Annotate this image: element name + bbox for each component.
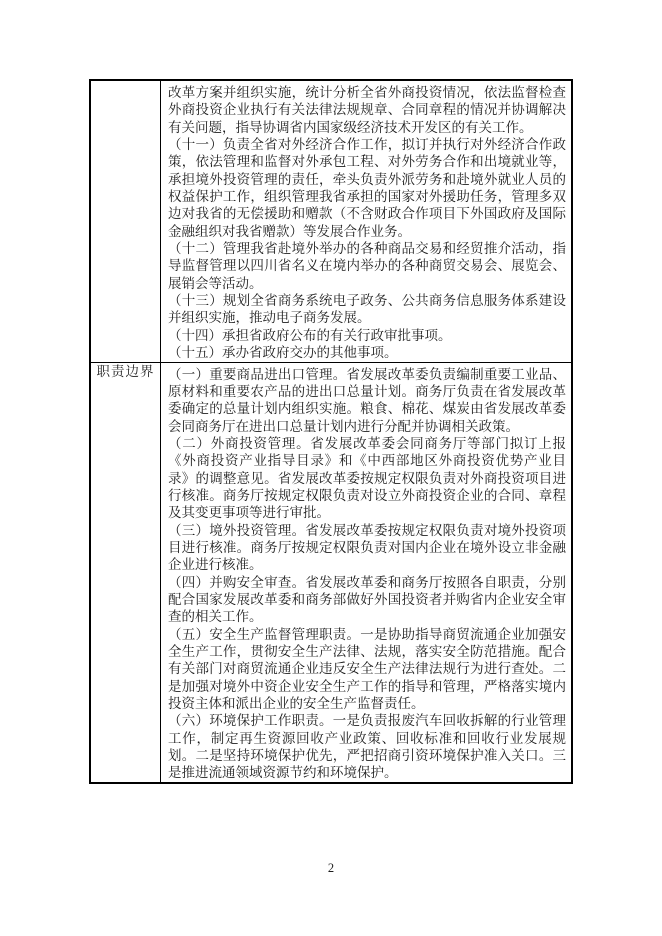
body-paragraph: 改革方案并组织实施，统计分析全省外商投资情况，依法监督检查外商投资企业执行有关法… [168,84,566,136]
table-row: 改革方案并组织实施，统计分析全省外商投资情况，依法监督检查外商投资企业执行有关法… [90,80,572,362]
row-content-cell: 改革方案并组织实施，统计分析全省外商投资情况，依法监督检查外商投资企业执行有关法… [161,80,573,362]
row-label-cell: 职责边界 [90,362,161,783]
document-table: 改革方案并组织实施，统计分析全省外商投资情况，依法监督检查外商投资企业执行有关法… [89,79,573,784]
body-paragraph: （十二）管理我省赴境外举办的各种商品交易和经贸推介活动，指导监督管理以四川省名义… [168,240,566,292]
row-label: 职责边界 [97,364,155,379]
body-paragraph: （十一）负责全省对外经济合作工作，拟订并执行对外经济合作政策，依法管理和监督对外… [168,136,566,240]
row-content-cell: （一）重要商品进出口管理。省发展改革委负责编制重要工业品、原材料和重要农产品的进… [161,362,573,783]
page-number: 2 [0,861,662,876]
document-page: 改革方案并组织实施，统计分析全省外商投资情况，依法监督检查外商投资企业执行有关法… [0,0,662,936]
row-label-cell [90,80,161,362]
body-paragraph: （三）境外投资管理。省发展改革委按规定权限负责对境外投资项目进行核准。商务厅按规… [168,522,566,574]
table-row: 职责边界 （一）重要商品进出口管理。省发展改革委负责编制重要工业品、原材料和重要… [90,362,572,783]
body-paragraph: （十四）承担省政府公布的有关行政审批事项。 [168,327,566,344]
body-paragraph: （二）外商投资管理。省发展改革委会同商务厅等部门拟订上报《外商投资产业指导目录》… [168,435,566,522]
body-paragraph: （十五）承办省政府交办的其他事项。 [168,344,566,361]
body-paragraph: （四）并购安全审查。省发展改革委和商务厅按照各自职责，分别配合国家发展改革委和商… [168,574,566,626]
body-paragraph: （十三）规划全省商务系统电子政务、公共商务信息服务体系建设并组织实施，推动电子商… [168,292,566,327]
body-paragraph: （一）重要商品进出口管理。省发展改革委负责编制重要工业品、原材料和重要农产品的进… [168,366,566,435]
body-paragraph: （五）安全生产监督管理职责。一是协助指导商贸流通企业加强安全生产工作，贯彻安全生… [168,626,566,713]
body-paragraph: （六）环境保护工作职责。一是负责报废汽车回收拆解的行业管理工作，制定再生资源回收… [168,712,566,781]
